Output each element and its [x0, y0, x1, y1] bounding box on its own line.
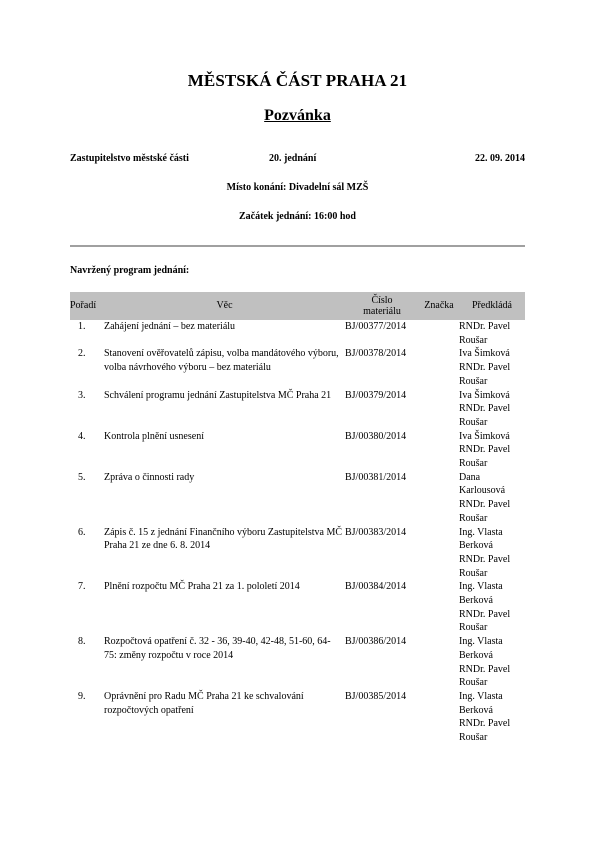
row-order: 4. — [70, 430, 104, 471]
row-presenter: Ing. VlastaBerkováRNDr. PavelRoušar — [459, 635, 525, 690]
row-presenter: Ing. VlastaBerkováRNDr. PavelRoušar — [459, 580, 525, 635]
meta-session: 20. jednání — [269, 153, 316, 164]
presenter-line: RNDr. Pavel — [459, 717, 525, 731]
presenter-line: RNDr. Pavel — [459, 608, 525, 622]
row-material-number: BJ/00384/2014 — [345, 580, 419, 635]
program-heading: Navržený program jednání: — [70, 265, 189, 276]
presenter-line: RNDr. Pavel — [459, 402, 525, 416]
presenter-line: Roušar — [459, 567, 525, 581]
row-subject: Oprávnění pro Radu MČ Praha 21 ke schval… — [104, 690, 345, 745]
row-order: 8. — [70, 635, 104, 690]
row-subject: Zápis č. 15 z jednání Finančního výboru … — [104, 526, 345, 581]
row-mark — [419, 347, 459, 388]
table-row: 7.Plnění rozpočtu MČ Praha 21 za 1. polo… — [70, 580, 525, 635]
presenter-line: RNDr. Pavel — [459, 320, 525, 334]
row-mark — [419, 690, 459, 745]
presenter-line: RNDr. Pavel — [459, 663, 525, 677]
row-subject: Zpráva o činnosti rady — [104, 471, 345, 526]
presenter-line: Roušar — [459, 416, 525, 430]
program-table: Pořadí Věc Číslo materiálu Značka Předkl… — [70, 292, 525, 745]
row-order: 6. — [70, 526, 104, 581]
row-subject: Rozpočtová opatření č. 32 - 36, 39-40, 4… — [104, 635, 345, 690]
table-row: 3.Schválení programu jednání Zastupitels… — [70, 389, 525, 430]
presenter-line: Iva Šimková — [459, 430, 525, 444]
table-row: 1.Zahájení jednání – bez materiáluBJ/003… — [70, 320, 525, 347]
row-order: 1. — [70, 320, 104, 347]
row-material-number: BJ/00378/2014 — [345, 347, 419, 388]
presenter-line: Karlousová — [459, 484, 525, 498]
meta-date: 22. 09. 2014 — [475, 153, 525, 164]
presenter-line: RNDr. Pavel — [459, 553, 525, 567]
row-material-number: BJ/00379/2014 — [345, 389, 419, 430]
row-subject: Plnění rozpočtu MČ Praha 21 za 1. polole… — [104, 580, 345, 635]
presenter-line: Roušar — [459, 731, 525, 745]
table-header-row: Pořadí Věc Číslo materiálu Značka Předkl… — [70, 292, 525, 320]
col-mark: Značka — [419, 292, 459, 320]
presenter-line: RNDr. Pavel — [459, 443, 525, 457]
row-order: 7. — [70, 580, 104, 635]
table-row: 2.Stanovení ověřovatelů zápisu, volba ma… — [70, 347, 525, 388]
table-row: 4.Kontrola plnění usneseníBJ/00380/2014I… — [70, 430, 525, 471]
row-presenter: DanaKarlousováRNDr. PavelRoušar — [459, 471, 525, 526]
row-order: 3. — [70, 389, 104, 430]
col-material-number-line2: materiálu — [363, 306, 401, 317]
presenter-line: Roušar — [459, 375, 525, 389]
row-order: 5. — [70, 471, 104, 526]
row-presenter: RNDr. PavelRoušar — [459, 320, 525, 347]
presenter-line: Berková — [459, 704, 525, 718]
presenter-line: Roušar — [459, 457, 525, 471]
presenter-line: Ing. Vlasta — [459, 635, 525, 649]
row-presenter: Ing. VlastaBerkováRNDr. PavelRoušar — [459, 690, 525, 745]
row-material-number: BJ/00377/2014 — [345, 320, 419, 347]
presenter-line: Ing. Vlasta — [459, 526, 525, 540]
horizontal-divider — [70, 245, 525, 247]
document-page: MĚSTSKÁ ČÁST PRAHA 21 Pozvánka Zastupite… — [0, 0, 595, 842]
presenter-line: Iva Šimková — [459, 389, 525, 403]
presenter-line: Iva Šimková — [459, 347, 525, 361]
presenter-line: Ing. Vlasta — [459, 580, 525, 594]
row-material-number: BJ/00386/2014 — [345, 635, 419, 690]
presenter-line: Roušar — [459, 676, 525, 690]
col-material-number-line1: Číslo — [371, 295, 392, 306]
table-row: 6.Zápis č. 15 z jednání Finančního výbor… — [70, 526, 525, 581]
presenter-line: Ing. Vlasta — [459, 690, 525, 704]
presenter-line: Berková — [459, 594, 525, 608]
presenter-line: Roušar — [459, 512, 525, 526]
table-row: 9.Oprávnění pro Radu MČ Praha 21 ke schv… — [70, 690, 525, 745]
presenter-line: Berková — [459, 539, 525, 553]
meeting-place: Místo konání: Divadelní sál MZŠ — [0, 182, 595, 193]
table-row: 8.Rozpočtová opatření č. 32 - 36, 39-40,… — [70, 635, 525, 690]
row-material-number: BJ/00380/2014 — [345, 430, 419, 471]
col-presenter: Předkládá — [459, 292, 525, 320]
col-material-number: Číslo materiálu — [345, 292, 419, 320]
row-mark — [419, 320, 459, 347]
page-title: MĚSTSKÁ ČÁST PRAHA 21 — [0, 71, 595, 91]
row-material-number: BJ/00383/2014 — [345, 526, 419, 581]
row-presenter: Ing. VlastaBerkováRNDr. PavelRoušar — [459, 526, 525, 581]
row-subject: Stanovení ověřovatelů zápisu, volba mand… — [104, 347, 345, 388]
presenter-line: Dana — [459, 471, 525, 485]
page-subtitle: Pozvánka — [0, 107, 595, 125]
row-mark — [419, 389, 459, 430]
row-order: 9. — [70, 690, 104, 745]
meta-body: Zastupitelstvo městské části — [70, 153, 189, 164]
row-presenter: Iva ŠimkováRNDr. PavelRoušar — [459, 347, 525, 388]
table-row: 5.Zpráva o činnosti radyBJ/00381/2014Dan… — [70, 471, 525, 526]
presenter-line: RNDr. Pavel — [459, 498, 525, 512]
presenter-line: Berková — [459, 649, 525, 663]
meeting-start: Začátek jednání: 16:00 hod — [0, 211, 595, 222]
row-mark — [419, 526, 459, 581]
row-subject: Schválení programu jednání Zastupitelstv… — [104, 389, 345, 430]
row-subject: Zahájení jednání – bez materiálu — [104, 320, 345, 347]
col-subject: Věc — [104, 292, 345, 320]
row-presenter: Iva ŠimkováRNDr. PavelRoušar — [459, 430, 525, 471]
presenter-line: Roušar — [459, 334, 525, 348]
row-presenter: Iva ŠimkováRNDr. PavelRoušar — [459, 389, 525, 430]
program-rows: 1.Zahájení jednání – bez materiáluBJ/003… — [70, 320, 525, 745]
row-mark — [419, 430, 459, 471]
row-mark — [419, 635, 459, 690]
presenter-line: Roušar — [459, 621, 525, 635]
col-order: Pořadí — [70, 292, 104, 320]
row-material-number: BJ/00385/2014 — [345, 690, 419, 745]
presenter-line: RNDr. Pavel — [459, 361, 525, 375]
row-material-number: BJ/00381/2014 — [345, 471, 419, 526]
row-mark — [419, 580, 459, 635]
row-subject: Kontrola plnění usnesení — [104, 430, 345, 471]
row-mark — [419, 471, 459, 526]
row-order: 2. — [70, 347, 104, 388]
